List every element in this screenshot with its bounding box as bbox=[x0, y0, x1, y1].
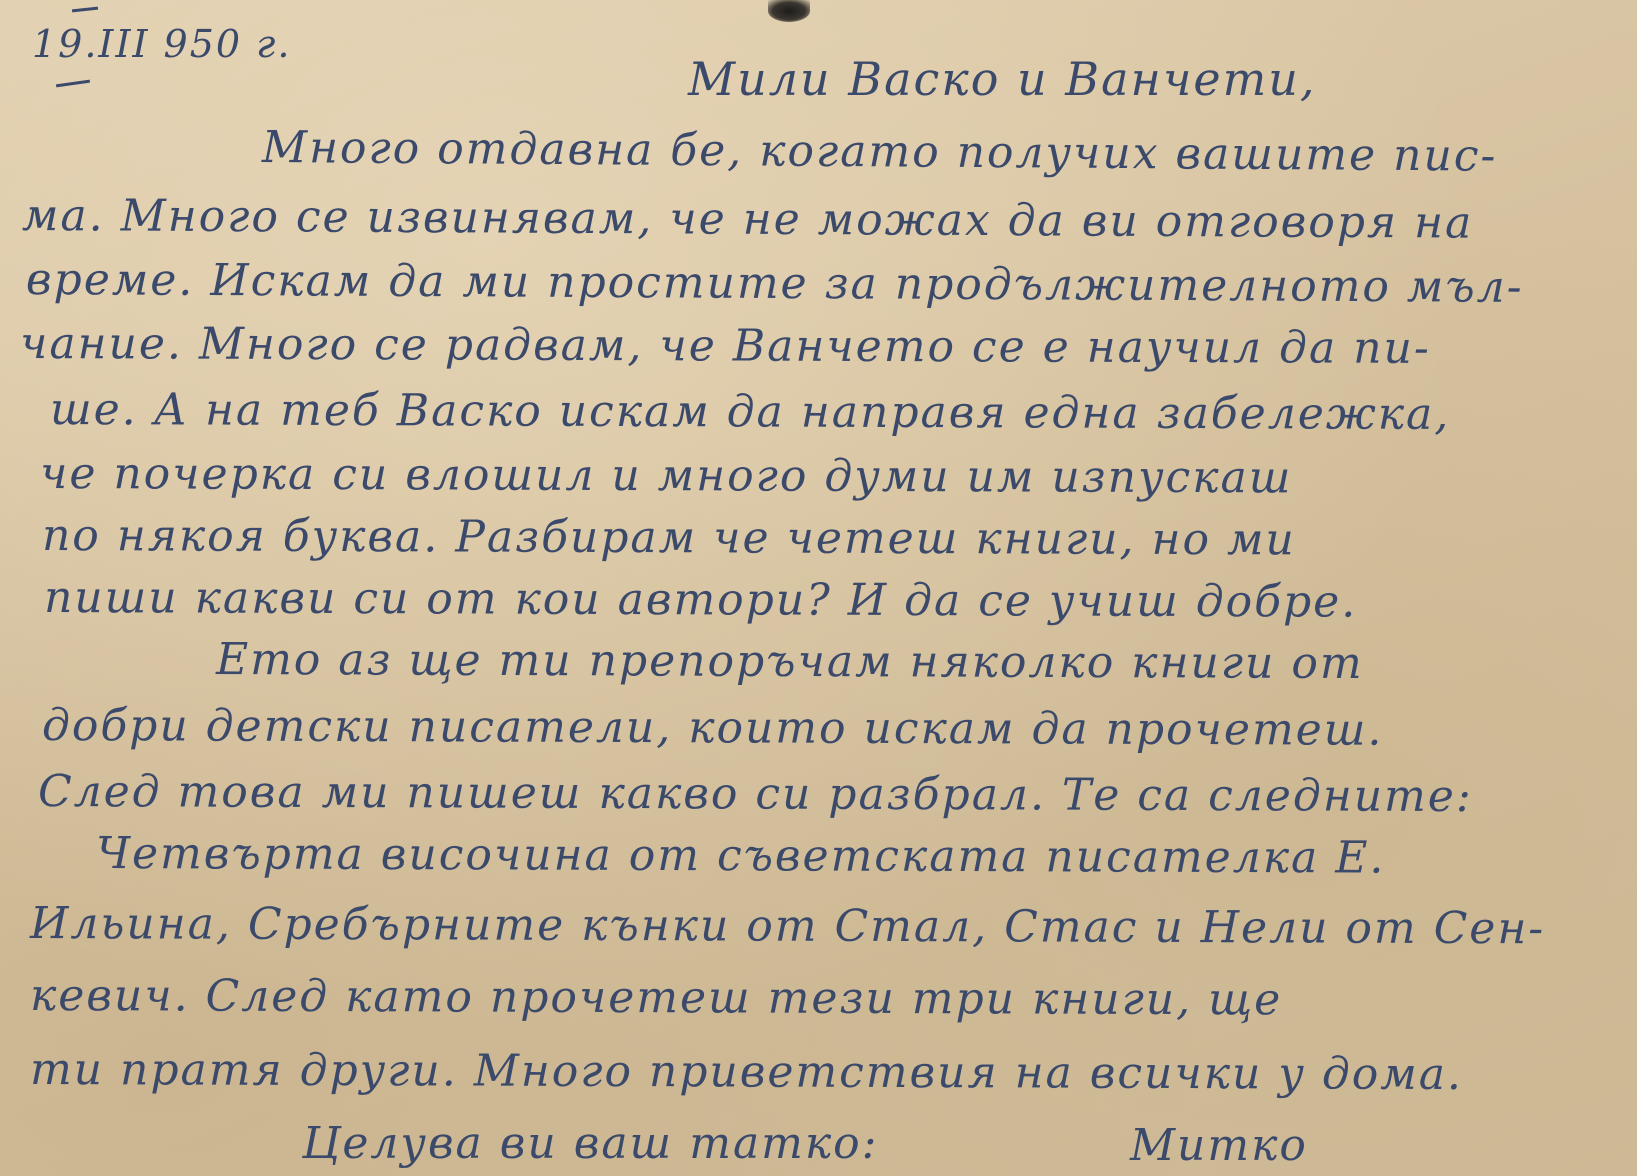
letter-page: 19.III 950 г. Мили Васко и Ванчети, Мног… bbox=[0, 0, 1637, 1176]
body-line: по някоя буква. Разбирам че четеш книги,… bbox=[42, 510, 1296, 565]
salutation: Мили Васко и Ванчети, bbox=[688, 52, 1317, 106]
body-line: Много отдавна бе, когато получих вашите … bbox=[262, 122, 1498, 182]
body-line: чание. Много се радвам, че Ванчето се е … bbox=[20, 318, 1431, 374]
body-line: Четвърта височина от съветската писателк… bbox=[96, 828, 1386, 884]
body-line: Ильина, Сребърните кънки от Стал, Стас и… bbox=[30, 898, 1545, 954]
body-line: ма. Много се извинявам, че не можах да в… bbox=[22, 190, 1474, 249]
ink-stain bbox=[768, 0, 810, 22]
body-line: добри детски писатели, които искам да пр… bbox=[42, 700, 1384, 756]
body-line: пиши какви си от кои автори? И да се учи… bbox=[44, 572, 1357, 628]
body-line: ти пратя други. Много приветствия на вси… bbox=[30, 1044, 1463, 1100]
closing: Целува ви ваш татко: bbox=[302, 1118, 879, 1169]
letter-date: 19.III 950 г. bbox=[32, 22, 291, 66]
signature: Митко bbox=[1130, 1120, 1308, 1171]
body-line: Ето аз ще ти препоръчам няколко книги от bbox=[216, 634, 1364, 689]
body-line: След това ми пишеш какво си разбрал. Те … bbox=[38, 766, 1473, 822]
body-line: време. Искам да ми простите за продължит… bbox=[26, 254, 1524, 313]
date-overline bbox=[72, 7, 98, 13]
date-underline bbox=[56, 80, 90, 88]
body-line: ше. А на теб Васко искам да направя една… bbox=[50, 384, 1450, 440]
body-line: кевич. След като прочетеш тези три книги… bbox=[30, 970, 1282, 1025]
body-line: че почерка си влошил и много думи им изп… bbox=[40, 448, 1293, 503]
